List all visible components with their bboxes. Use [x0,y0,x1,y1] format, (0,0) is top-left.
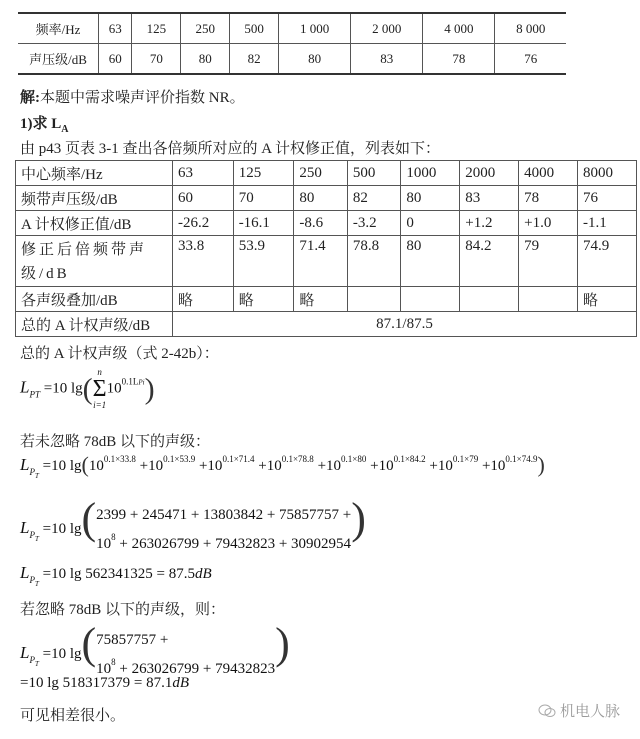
ignore-formula: LPT =10 lg(75857757 +108 + 263026799 + 7… [20,622,290,680]
table-cell: 125 [132,13,181,44]
table-cell: 82 [230,44,279,75]
table-cell: +1.2 [460,211,519,236]
formula-exponent: 0.1L [122,376,139,386]
table-cell: 80 [279,44,351,75]
step-heading-sub: A [61,124,68,135]
watermark-text: 机电人脉 [560,702,620,720]
table-row: 频带声压级/dB 60 70 80 82 80 83 78 76 [16,186,637,211]
table-cell: 500 [230,13,279,44]
table-cell: 63 [173,161,234,186]
table-cell: 80 [181,44,230,75]
table-cell: 74.9 [578,236,637,287]
general-formula: LPT =10 lg(nΣi=1100.1LPi) [20,368,155,410]
table-cell [347,287,401,312]
row-label: 频带声压级/dB [16,186,173,211]
row-label-text: 修正后倍频带声级/dB [21,238,167,286]
result-ignore-unit: dB [172,675,189,691]
table-cell: 略 [233,287,294,312]
conclusion: 可见相差很小。 [20,704,125,725]
table-cell: 4 000 [423,13,495,44]
total-value: 87.1/87.5 [173,312,637,337]
table-cell: 78 [519,186,578,211]
not-ignore-text: 若未忽略 78dB 以下的声级： [20,430,210,451]
table-cell: 33.8 [173,236,234,287]
table-cell: -16.1 [233,211,294,236]
table-cell: 略 [294,287,348,312]
wechat-icon [538,704,556,718]
numeric-line-1: 2399 + 245471 + 13803842 + 75857757 + [96,507,351,523]
table-cell: 80 [401,186,460,211]
table-cell: 80 [401,236,460,287]
row-label: 修正后倍频带声级/dB [16,236,173,287]
table-cell: +1.0 [519,211,578,236]
table-row: A 计权修正值/dB -26.2 -16.1 -8.6 -3.2 0 +1.2 … [16,211,637,236]
problem-data-table: 频率/Hz 63 125 250 500 1 000 2 000 4 000 8… [18,12,566,75]
result-ignore-value: =10 lg 518317379 = 87.1 [20,675,172,691]
table-cell: 4000 [519,161,578,186]
table-cell: 78 [423,44,495,75]
a-weighting-table: 中心频率/Hz 63 125 250 500 1000 2000 4000 80… [15,160,637,337]
table-cell: 略 [578,287,637,312]
row-label: A 计权修正值/dB [16,211,173,236]
table-cell: 500 [347,161,401,186]
table-cell: 82 [347,186,401,211]
table-cell: 8000 [578,161,637,186]
table-cell: 2000 [460,161,519,186]
exp-term: 0.1×84.2 [394,454,426,464]
solution-label: 解: [20,90,40,106]
table-cell [519,287,578,312]
solution-intro: 解:本题中需求噪声评价指数 NR。 [20,86,245,107]
table-cell: -26.2 [173,211,234,236]
close-paren: ) [145,372,155,405]
exp-term: 0.1×71.4 [222,454,254,464]
formula-lhs-sub: PT [29,389,40,399]
sum-symbol: nΣi=1 [93,368,107,410]
table-cell [460,287,519,312]
table-cell: 2 000 [351,13,423,44]
watermark: 机电人脉 [538,700,620,721]
result-ignore: =10 lg 518317379 = 87.1dB [20,675,189,692]
table-row: 频率/Hz 63 125 250 500 1 000 2 000 4 000 8… [18,13,566,44]
exp-term: 0.1×33.8 [104,454,136,464]
exp-term: 0.1×80 [341,454,366,464]
table-cell: 71.4 [294,236,348,287]
table-cell: 125 [233,161,294,186]
table-cell: 79 [519,236,578,287]
formula-base: 10 [107,380,122,396]
solution-text: 本题中需求噪声评价指数 NR。 [40,90,245,106]
open-paren: ( [83,372,93,405]
table-cell: 84.2 [460,236,519,287]
table-cell: 70 [132,44,181,75]
table-cell: 83 [351,44,423,75]
table-cell: -3.2 [347,211,401,236]
numeric-formula: LPT =10 lg(2399 + 245471 + 13803842 + 75… [20,497,366,555]
table-cell: 8 000 [495,13,566,44]
row-label: 总的 A 计权声级/dB [16,312,173,337]
row-label: 声压级/dB [18,44,99,75]
table-cell: -8.6 [294,211,348,236]
row-label: 各声级叠加/dB [16,287,173,312]
table-row: 声压级/dB 60 70 80 82 80 83 78 76 [18,44,566,75]
table-cell: 76 [578,186,637,211]
numeric-line-2: + 263026799 + 79432823 + 30902954 [116,536,351,552]
table-cell: 78.8 [347,236,401,287]
table-cell: 63 [99,13,132,44]
table-cell: 1000 [401,161,460,186]
step-heading-text: 1)求 L [20,116,61,132]
numeric-base: 10 [96,536,111,552]
sum-lower-limit: i=1 [93,401,107,410]
step-heading: 1)求 LA [20,112,69,135]
table-cell: 60 [99,44,132,75]
result-full: LPT =10 lg 562341325 = 87.5dB [20,563,212,588]
ignore-line-1: 75857757 + [96,632,168,648]
lookup-text: 由 p43 页表 3-1 查出各倍频所对应的 A 计权修正值，列表如下： [20,137,440,158]
exp-term: 0.1×53.9 [163,454,195,464]
exp-term: 0.1×74.9 [505,454,537,464]
row-label: 频率/Hz [18,13,99,44]
table-cell: 80 [294,186,348,211]
table-cell: -1.1 [578,211,637,236]
table-cell: 53.9 [233,236,294,287]
table-cell: 250 [294,161,348,186]
table-cell: 60 [173,186,234,211]
formula-eq: =10 lg [44,380,83,396]
exp-term: 0.1×78.8 [282,454,314,464]
table-cell: 83 [460,186,519,211]
result-full-value: =10 lg 562341325 = 87.5 [43,566,195,582]
ignore-text: 若忽略 78dB 以下的声级，则： [20,598,225,619]
table-cell: 略 [173,287,234,312]
table-cell: 250 [181,13,230,44]
table-row: 中心频率/Hz 63 125 250 500 1000 2000 4000 80… [16,161,637,186]
exp-term: 0.1×79 [453,454,478,464]
expanded-formula: LPT =10 lg(100.1×33.8 +100.1×53.9 +100.1… [20,452,545,480]
table-cell: 70 [233,186,294,211]
table-cell: 1 000 [279,13,351,44]
table-row: 总的 A 计权声级/dB 87.1/87.5 [16,312,637,337]
row-label: 中心频率/Hz [16,161,173,186]
table-row: 各声级叠加/dB 略 略 略 略 [16,287,637,312]
table-cell: 0 [401,211,460,236]
formula-intro: 总的 A 计权声级（式 2-42b）： [20,342,219,363]
table-cell [401,287,460,312]
table-cell: 76 [495,44,566,75]
table-row: 修正后倍频带声级/dB 33.8 53.9 71.4 78.8 80 84.2 … [16,236,637,287]
result-full-unit: dB [195,566,212,582]
